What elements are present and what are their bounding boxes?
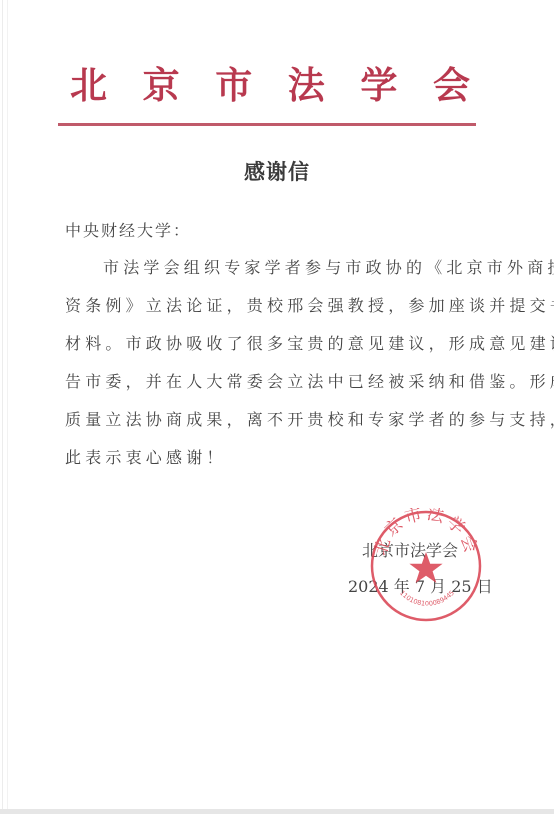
- letterhead-divider: [58, 123, 476, 126]
- letterhead-char: 会: [433, 62, 470, 110]
- svg-text:110108100089445: 110108100089445: [398, 589, 456, 608]
- letterhead-char: 法: [288, 62, 325, 110]
- document-title: 感谢信: [0, 156, 554, 186]
- svg-text:北京市法学会: 北京市法学会: [371, 508, 482, 558]
- body-line: 质量立法协商成果，离不开贵校和专家学者的参与支持，谨: [65, 407, 554, 430]
- body-line: 资条例》立法论证，贵校邢会强教授，参加座谈并提交书面: [65, 293, 554, 316]
- letterhead-char: 学: [360, 62, 397, 110]
- body-line: 此表示衷心感谢！: [65, 445, 227, 468]
- page-edge-bottom: [0, 809, 554, 814]
- star-icon: [409, 552, 442, 583]
- seal-serial: 110108100089445: [398, 589, 456, 608]
- seal-ring-text: 北京市法学会: [371, 508, 482, 558]
- salutation: 中央财经大学：: [65, 218, 191, 241]
- body-line: 告市委，并在人大常委会立法中已经被采纳和借鉴。形成高: [65, 369, 554, 392]
- official-seal: 北京市法学会 110108100089445: [368, 508, 484, 624]
- letterhead-char: 京: [143, 62, 180, 110]
- letterhead-char: 北: [70, 62, 107, 110]
- letterhead-char: 市: [215, 62, 252, 110]
- body-line: 材料。市政协吸收了很多宝贵的意见建议，形成意见建议报: [65, 331, 554, 354]
- letterhead: 北 京 市 法 学 会: [70, 62, 470, 110]
- body-line: 市法学会组织专家学者参与市政协的《北京市外商投: [103, 255, 554, 278]
- page-edge-left: [2, 0, 8, 810]
